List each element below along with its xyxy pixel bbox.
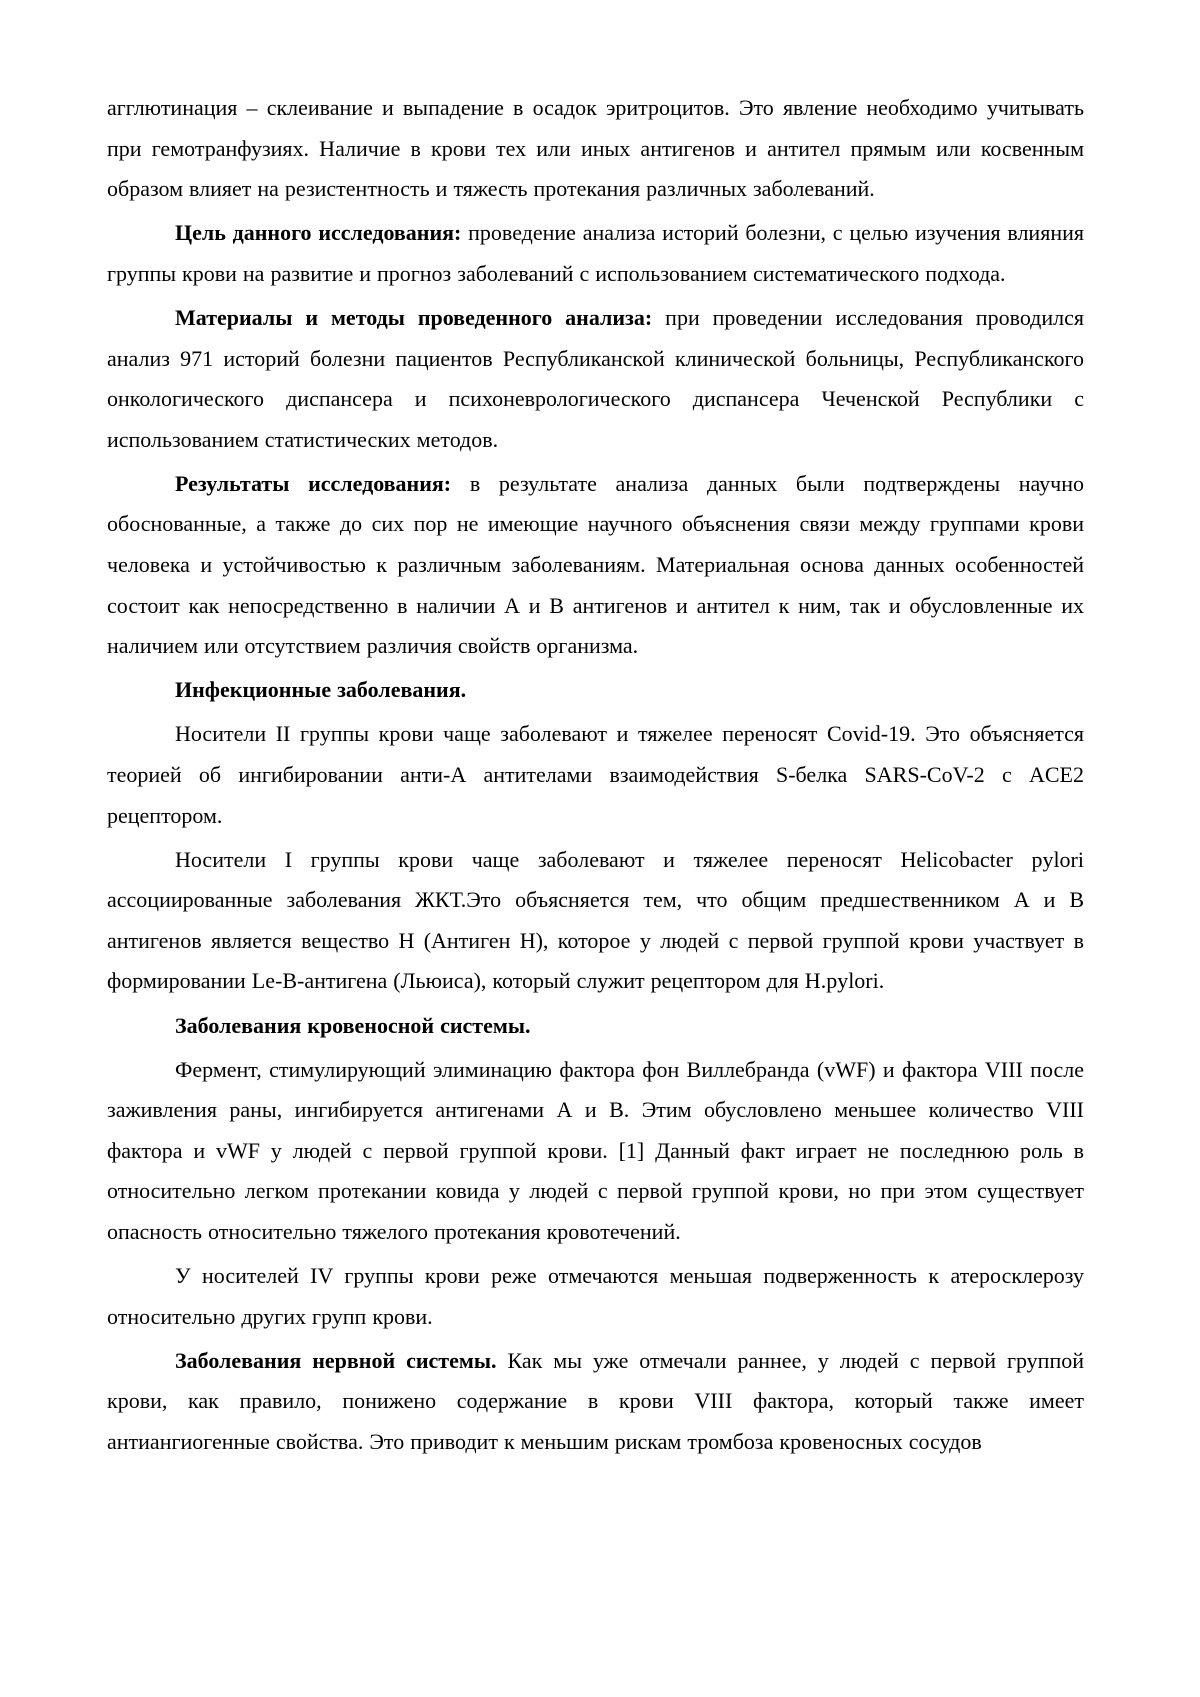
document-page: агглютинация – склеивание и выпадение в … xyxy=(0,0,1200,1697)
section-heading-label: Инфекционные заболевания. xyxy=(175,677,466,702)
section-heading-label: Заболевания кровеносной системы. xyxy=(175,1013,531,1038)
paragraph-lead: Результаты исследования: xyxy=(175,471,451,496)
paragraph: Фермент, стимулирующий элиминацию фактор… xyxy=(107,1050,1084,1253)
section-heading-label: Заболевания нервной системы. xyxy=(175,1348,497,1373)
section-heading: Заболевания кровеносной системы. xyxy=(107,1006,1084,1047)
paragraph-lead: Материалы и методы проведенного анализа: xyxy=(175,305,652,330)
paragraph: Материалы и методы проведенного анализа:… xyxy=(107,298,1084,460)
paragraph: У носителей IV группы крови реже отмечаю… xyxy=(107,1256,1084,1337)
paragraph: Цель данного исследования: проведение ан… xyxy=(107,213,1084,294)
section-heading: Инфекционные заболевания. xyxy=(107,670,1084,711)
paragraph: Результаты исследования: в результате ан… xyxy=(107,464,1084,667)
paragraph-text: Фермент, стимулирующий элиминацию фактор… xyxy=(107,1057,1084,1244)
paragraph-lead: Цель данного исследования: xyxy=(175,220,461,245)
paragraph: Носители I группы крови чаще заболевают … xyxy=(107,840,1084,1002)
paragraph: Заболевания нервной системы. Как мы уже … xyxy=(107,1341,1084,1463)
paragraph-text: Носители I группы крови чаще заболевают … xyxy=(107,847,1084,994)
paragraph-text: агглютинация – склеивание и выпадение в … xyxy=(107,95,1084,201)
paragraph-text: в результате анализа данных были подтвер… xyxy=(107,471,1084,658)
paragraph: Носители II группы крови чаще заболевают… xyxy=(107,714,1084,836)
paragraph-text: У носителей IV группы крови реже отмечаю… xyxy=(107,1263,1084,1329)
paragraph: агглютинация – склеивание и выпадение в … xyxy=(107,88,1084,210)
paragraph-text: Носители II группы крови чаще заболевают… xyxy=(107,721,1084,827)
